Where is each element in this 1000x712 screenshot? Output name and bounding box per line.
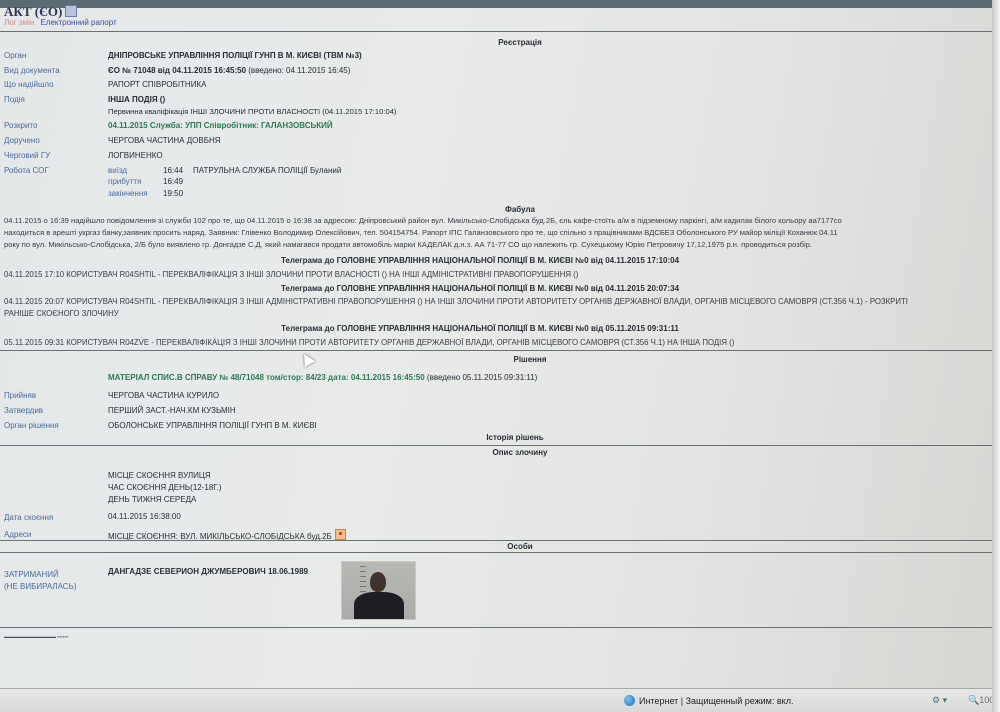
field-value-solved: 04.11.2015 Служба: УПП Співробітник: ГАЛ…: [108, 121, 333, 130]
telegram-title[interactable]: Телеграма до ГОЛОВНЕ УПРАВЛІННЯ НАЦІОНАЛ…: [0, 324, 980, 333]
document-title-text: АКТ (ЄО): [4, 4, 62, 19]
map-icon[interactable]: [335, 529, 346, 540]
zoom-level[interactable]: 🔍100: [968, 695, 994, 706]
decision-history-link[interactable]: Історія рішень: [470, 433, 560, 442]
field-value-organ: ДНІПРОВСЬКЕ УПРАВЛІННЯ ПОЛІЦІЇ ГУНП В М.…: [108, 51, 362, 60]
browser-status-bar: Интернет | Защищенный режим: вкл. ⚙ ▾ 🔍1…: [0, 688, 1000, 712]
monitor-edge: [992, 0, 1000, 712]
requalification-log: 04.11.2015 20:07 КОРИСТУВАЧ R04SHTIL - П…: [4, 297, 908, 306]
photo-head: [370, 572, 386, 592]
section-persons-title: Особи: [480, 542, 560, 551]
field-value-decision-organ: ОБОЛОНСЬКЕ УПРАВЛІННЯ ПОЛІЦІЇ ГУНП В М. …: [108, 421, 317, 430]
internet-zone-icon: [624, 695, 635, 706]
person-photo[interactable]: [341, 561, 416, 620]
field-value-approved: ПЕРШИЙ ЗАСТ.-НАЧ.КМ КУЗЬМІН: [108, 406, 236, 415]
field-value-doc-type: ЄО № 71048 від 04.11.2015 16:45:50 (введ…: [108, 66, 350, 75]
field-label-approved: Затвердив: [4, 406, 43, 415]
section-registration-title: Реєстрація: [460, 38, 580, 47]
requalification-log: 04.11.2015 17:10 КОРИСТУВАЧ R04SHTIL - П…: [4, 270, 578, 279]
telegram-title[interactable]: Телеграма до ГОЛОВНЕ УПРАВЛІННЯ НАЦІОНАЛ…: [0, 256, 980, 265]
field-label-received: Що надійшло: [4, 80, 54, 89]
crime-line: ЧАС СКОЄННЯ ДЕНЬ(12-18Г.): [108, 483, 222, 492]
window-top-edge: [0, 0, 1000, 8]
field-label-sog: Робота СОГ: [4, 166, 49, 175]
security-zone-text: Интернет | Защищенный режим: вкл.: [639, 696, 793, 706]
field-label-doc-type: Вид документа: [4, 66, 60, 75]
divider: [0, 552, 1000, 553]
field-label-solved: Розкрито: [4, 121, 37, 130]
person-role: ЗАТРИМАНИЙ: [4, 570, 59, 579]
sog-note-departure: ПАТРУЛЬНА СЛУЖБА ПОЛІЦІЇ Буланий: [193, 166, 341, 175]
sog-key-arrival: прибуття: [108, 177, 141, 186]
requalification-log: РАНІШЕ СКОЄНОГО ЗЛОЧИНУ: [4, 309, 119, 318]
fabula-line: находиться в арешті укргаз банку,заявник…: [4, 228, 838, 237]
field-label-decision-organ: Орган рішення: [4, 421, 59, 430]
sog-key-end: закінчення: [108, 189, 148, 198]
field-label-assigned: Доручено: [4, 136, 40, 145]
section-decision-title: Рішення: [490, 355, 570, 364]
divider: [0, 540, 1000, 541]
field-label-crime-date: Дата скоєння: [4, 513, 53, 522]
browser-viewport: АКТ (ЄО) Лог змін Електронний рапорт Реє…: [0, 0, 1000, 712]
change-log-link[interactable]: Лог змін: [4, 18, 34, 27]
field-value-accepted: ЧЕРГОВА ЧАСТИНА КУРИЛО: [108, 391, 219, 400]
doc-entered: (введено: 04.11.2015 16:45): [246, 66, 350, 75]
telegram-title[interactable]: Телеграма до ГОЛОВНЕ УПРАВЛІННЯ НАЦІОНАЛ…: [0, 284, 980, 293]
divider: [0, 445, 1000, 446]
field-value-crime-date: 04.11.2015 16:38:00: [108, 512, 181, 521]
field-label-addresses: Адреси: [4, 530, 31, 539]
person-role-note: (НЕ ВИБИРАЛАСЬ): [4, 582, 77, 591]
print-icon[interactable]: [65, 5, 77, 17]
mouse-cursor: [299, 351, 315, 367]
divider: [0, 350, 1000, 351]
requalification-log: 05.11.2015 09:31 КОРИСТУВАЧ R04ZVE - ПЕР…: [4, 338, 734, 347]
sog-time-end: 19:50: [163, 189, 183, 198]
top-links: Лог змін Електронний рапорт: [4, 18, 117, 27]
field-label-accepted: Прийняв: [4, 391, 36, 400]
electronic-report-link[interactable]: Електронний рапорт: [40, 18, 116, 27]
field-value-event-qualification: Первинна кваліфікація ІНШІ ЗЛОЧИНИ ПРОТИ…: [108, 107, 396, 116]
sog-key-departure: виїзд: [108, 166, 127, 175]
field-value-duty-officer: ЛОГВИНЕНКО: [108, 151, 163, 160]
decision-material-entered: (введено 05.11.2015 09:31:11): [425, 373, 538, 382]
section-fabula-title: Фабула: [480, 205, 560, 214]
section-crime-title: Опис злочину: [470, 448, 570, 457]
fabula-line: року по вул. Микільсько-Слобідська, 2/Б …: [4, 240, 812, 249]
decision-material: МАТЕРІАЛ СПИС.В СПРАВУ № 48/71048 том/ст…: [108, 373, 537, 382]
divider: [0, 627, 1000, 628]
field-value-received: РАПОРТ СПІВРОБІТНИКА: [108, 80, 206, 89]
sog-time-departure: 16:44: [163, 166, 183, 175]
field-value-assigned: ЧЕРГОВА ЧАСТИНА ДОВБНЯ: [108, 136, 221, 145]
divider: [0, 31, 1000, 32]
decision-material-text: МАТЕРІАЛ СПИС.В СПРАВУ № 48/71048 том/ст…: [108, 373, 425, 382]
field-label-organ: Орган: [4, 51, 26, 60]
doc-number: ЄО № 71048 від 04.11.2015 16:45:50: [108, 66, 246, 75]
sog-time-arrival: 16:49: [163, 177, 183, 186]
crime-line: ДЕНЬ ТИЖНЯ СЕРЕДА: [108, 495, 196, 504]
field-label-duty-officer: Черговий ГУ: [4, 151, 50, 160]
photo-body: [354, 592, 404, 620]
person-name[interactable]: ДАНГАДЗЕ СЕВЕРИОН ДЖУМБЕРОВИЧ 18.06.1989: [108, 567, 308, 576]
footer-fine-print: ▬▬▬▬▬▬▬▬▬▬▬▬▬ ▪▪▪▪▪▪▪▪: [4, 634, 68, 639]
fabula-line: 04.11.2015 о 16:39 надійшло повідомлення…: [4, 216, 842, 225]
field-value-event: ІНША ПОДІЯ (): [108, 95, 165, 104]
crime-line: МІСЦЕ СКОЄННЯ ВУЛИЦЯ: [108, 471, 211, 480]
protected-mode-icon[interactable]: ⚙ ▾: [932, 695, 947, 706]
field-label-event: Подія: [4, 95, 25, 104]
